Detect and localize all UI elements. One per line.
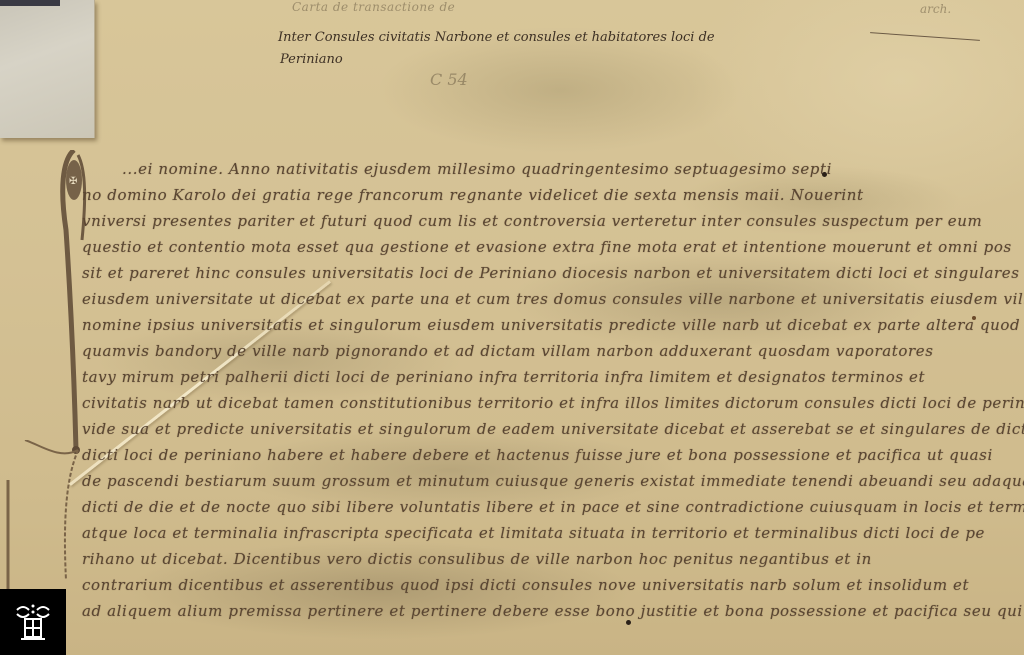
text-line: ...ei nomine. Anno nativitatis ejusdem m…	[122, 160, 832, 178]
corner-note: arch.	[920, 2, 951, 16]
ink-dot	[972, 316, 976, 320]
library-logo[interactable]	[0, 589, 66, 655]
dark-edge	[0, 0, 60, 6]
text-line: civitatis narb ut dicebat tamen constitu…	[82, 394, 1024, 412]
text-line: contrarium dicentibus et asserentibus qu…	[82, 576, 969, 594]
text-line: dicti de die et de nocte quo sibi libere…	[82, 498, 1024, 516]
paper-flap	[0, 0, 95, 138]
text-line: de pascendi bestiarum suum grossum et mi…	[82, 472, 1024, 490]
text-line: quamvis bandory de ville narb pignorando…	[82, 342, 934, 360]
svg-text:✠: ✠	[69, 176, 77, 187]
shelfmark: C 54	[430, 70, 468, 89]
text-line: eiusdem universitate ut dicebat ex parte…	[82, 290, 1024, 308]
margin-flourish-icon	[0, 440, 90, 590]
text-line: vide sua et predicte universitatis et si…	[82, 420, 1024, 438]
text-line: sit et pareret hinc consules universitat…	[82, 264, 1020, 282]
text-line: no domino Karolo dei gratia rege francor…	[82, 186, 864, 204]
text-line: ad aliquem alium premissa pertinere et p…	[82, 602, 1023, 620]
text-line: atque loca et terminalia infrascripta sp…	[82, 524, 985, 542]
ink-dot	[626, 620, 631, 625]
text-line: tavy mirum petri palherii dicti loci de …	[82, 368, 925, 386]
text-line: nomine ipsius universitatis et singuloru…	[82, 316, 1024, 334]
ink-dot	[822, 172, 827, 177]
text-line: questio et contentio mota esset qua gest…	[82, 238, 1012, 256]
header-title: Inter Consules civitatis Narbone et cons…	[278, 30, 715, 45]
header-title-faint: Carta de transactione de	[292, 0, 455, 14]
text-line: vniversi presentes pariter et futuri quo…	[82, 212, 982, 230]
text-line: dicti loci de periniano habere et habere…	[82, 446, 993, 464]
header-place: Periniano	[280, 52, 343, 67]
text-line: rihano ut dicebat. Dicentibus vero dicti…	[82, 550, 872, 568]
library-logo-icon	[15, 602, 51, 642]
